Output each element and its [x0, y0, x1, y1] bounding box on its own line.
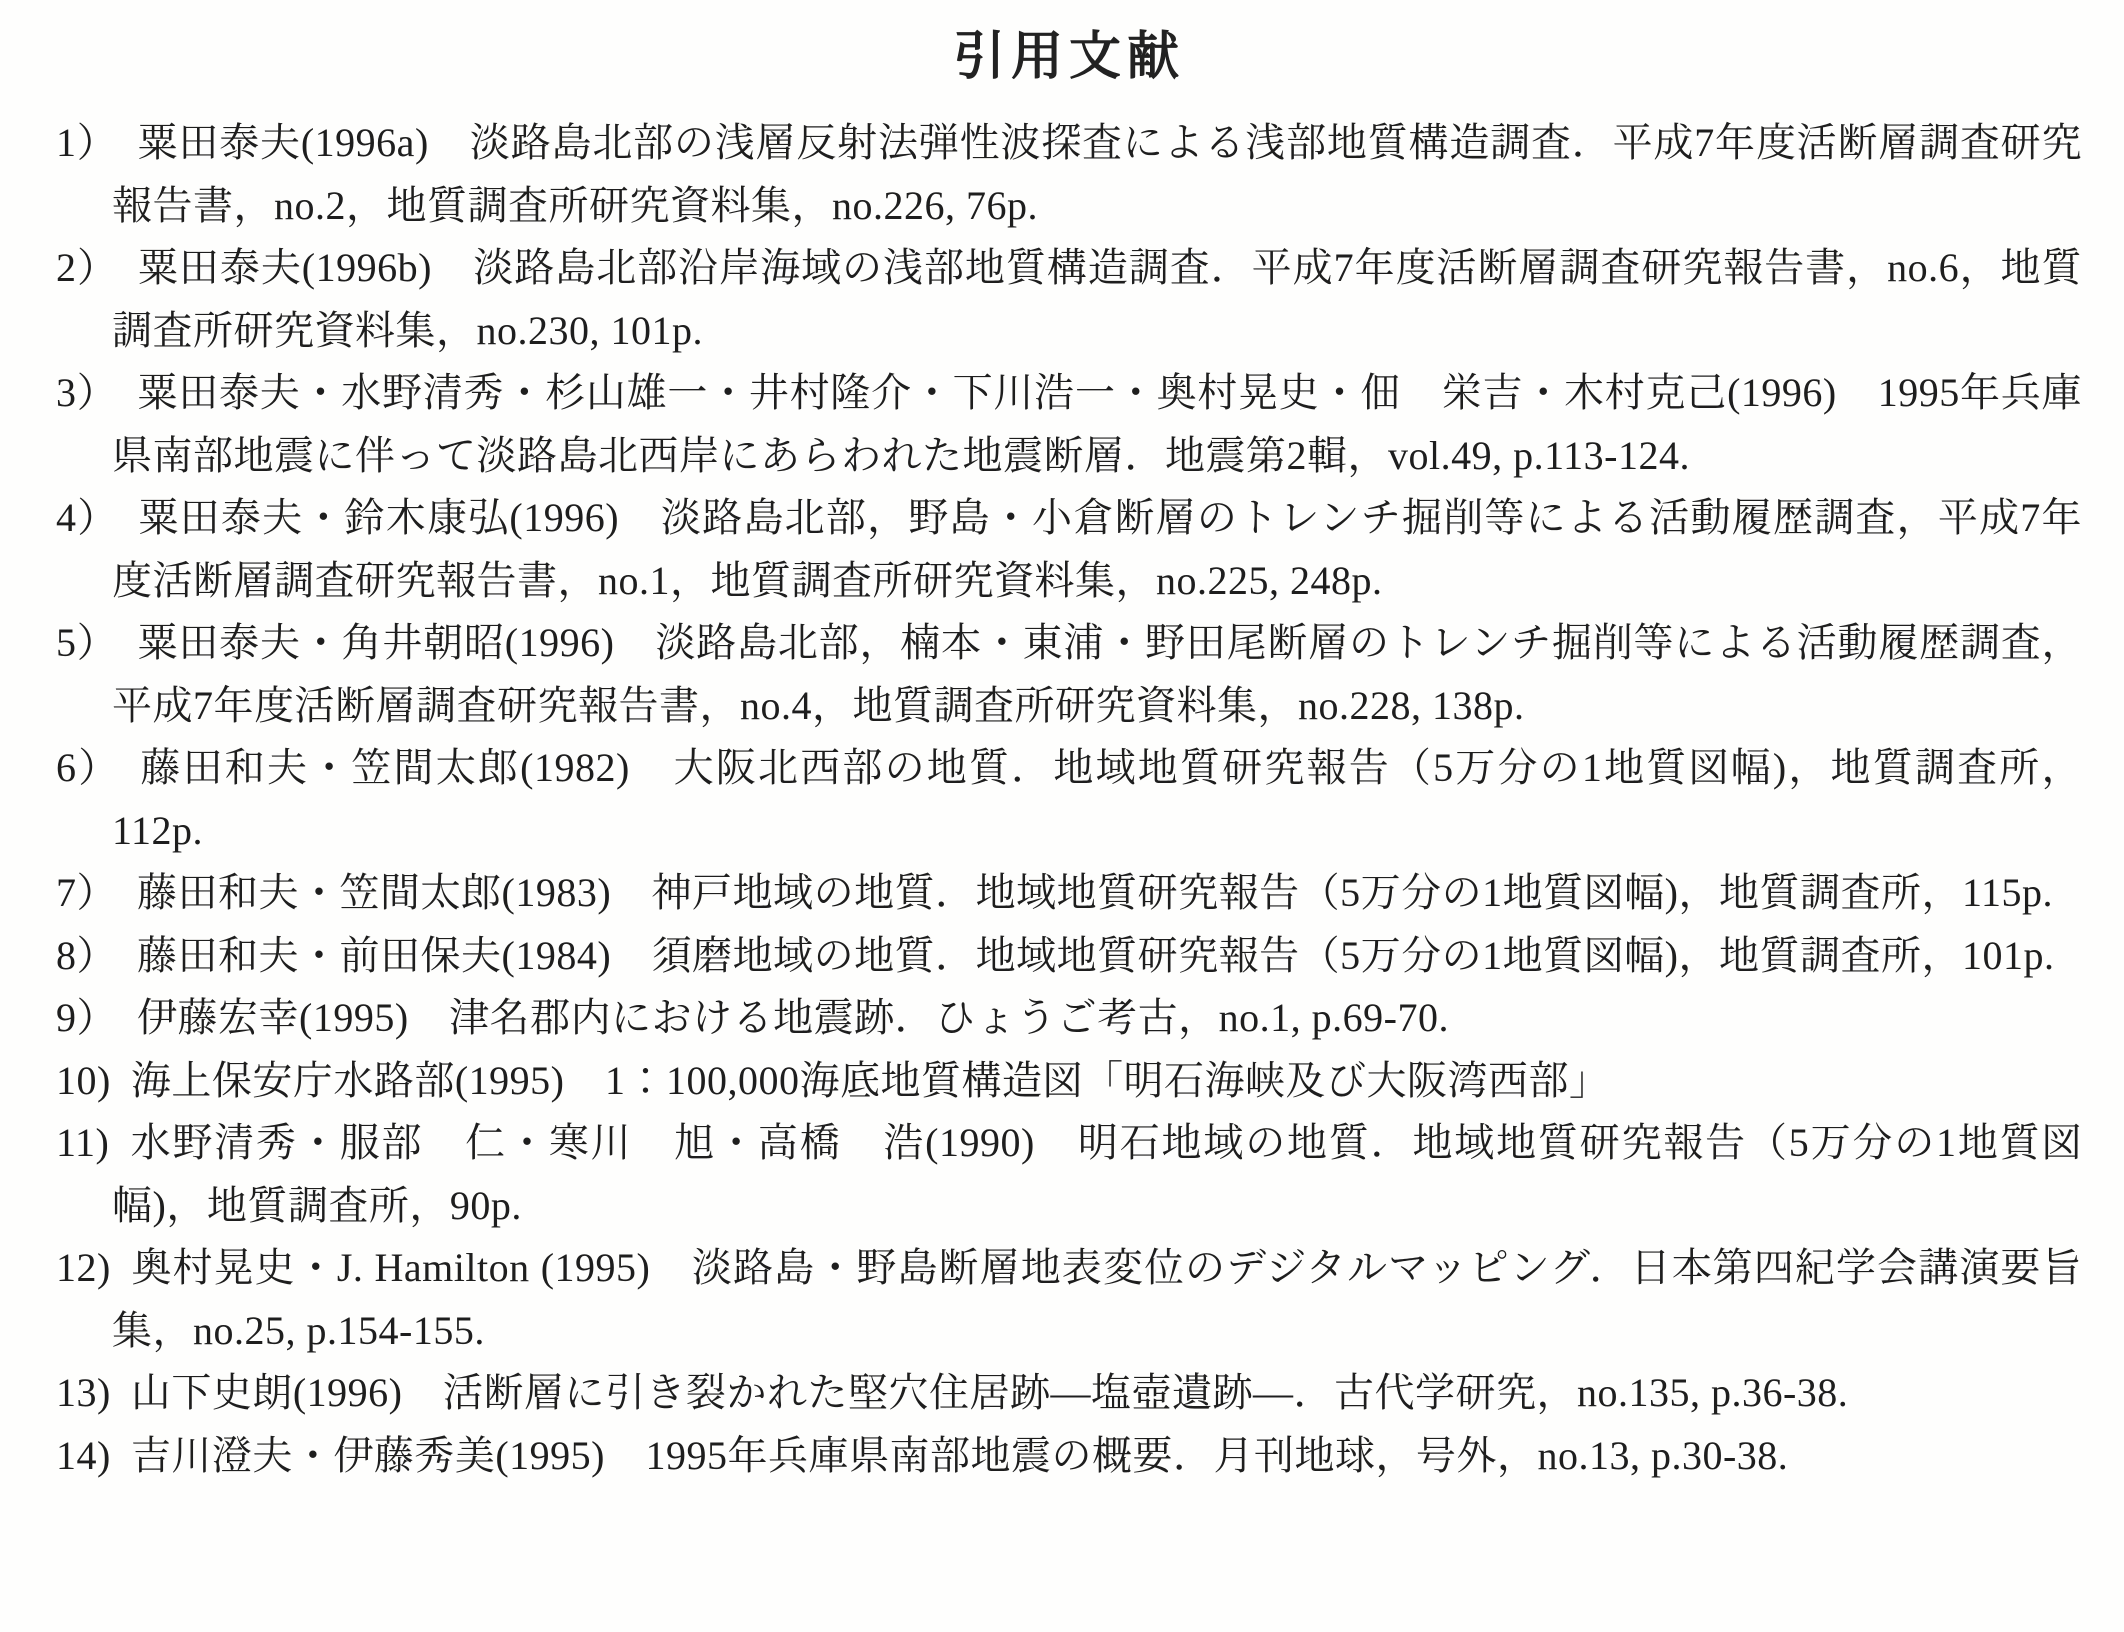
reference-text: 藤田和夫・笠間太郎(1983) 神戸地域の地質．地域地質研究報告（5万分の1地質…	[137, 870, 2053, 915]
reference-text: 伊藤宏幸(1995) 津名郡内における地震跡．ひょうご考古，no.1, p.69…	[137, 995, 1449, 1040]
reference-number: 8）	[56, 933, 117, 978]
reference-item: 3）粟田泰夫・水野清秀・杉山雄一・井村隆介・下川浩一・奥村晃史・佃 栄吉・木村克…	[56, 362, 2082, 487]
reference-number: 13)	[56, 1370, 111, 1415]
reference-number: 12)	[56, 1245, 111, 1290]
reference-list: 1）粟田泰夫(1996a) 淡路島北部の浅層反射法弾性波探査による浅部地質構造調…	[56, 112, 2082, 1487]
reference-item: 6）藤田和夫・笠間太郎(1982) 大阪北西部の地質．地域地質研究報告（5万分の…	[56, 737, 2082, 862]
reference-number: 11)	[56, 1120, 109, 1165]
page-title: 引用文献	[56, 26, 2082, 90]
reference-number: 2）	[56, 245, 118, 290]
reference-number: 3）	[56, 370, 118, 415]
reference-item: 13)山下史朗(1996) 活断層に引き裂かれた堅穴住居跡―塩壺遺跡―．古代学研…	[56, 1362, 2082, 1425]
reference-text: 水野清秀・服部 仁・寒川 旭・高橋 浩(1990) 明石地域の地質．地域地質研究…	[112, 1120, 2082, 1228]
reference-number: 6）	[56, 745, 120, 790]
reference-text: 粟田泰夫・水野清秀・杉山雄一・井村隆介・下川浩一・奥村晃史・佃 栄吉・木村克己(…	[112, 370, 2082, 478]
reference-item: 2）粟田泰夫(1996b) 淡路島北部沿岸海域の浅部地質構造調査．平成7年度活断…	[56, 237, 2082, 362]
reference-number: 4）	[56, 495, 118, 540]
reference-text: 山下史朗(1996) 活断層に引き裂かれた堅穴住居跡―塩壺遺跡―．古代学研究，n…	[131, 1370, 1848, 1415]
reference-number: 5）	[56, 620, 118, 665]
reference-text: 粟田泰夫(1996b) 淡路島北部沿岸海域の浅部地質構造調査．平成7年度活断層調…	[112, 245, 2082, 353]
reference-text: 吉川澄夫・伊藤秀美(1995) 1995年兵庫県南部地震の概要．月刊地球，号外，…	[131, 1433, 1788, 1478]
reference-item: 14)吉川澄夫・伊藤秀美(1995) 1995年兵庫県南部地震の概要．月刊地球，…	[56, 1425, 2082, 1488]
reference-item: 11)水野清秀・服部 仁・寒川 旭・高橋 浩(1990) 明石地域の地質．地域地…	[56, 1112, 2082, 1237]
reference-number: 1）	[56, 120, 118, 165]
reference-item: 8）藤田和夫・前田保夫(1984) 須磨地域の地質．地域地質研究報告（5万分の1…	[56, 925, 2082, 988]
reference-item: 9）伊藤宏幸(1995) 津名郡内における地震跡．ひょうご考古，no.1, p.…	[56, 987, 2082, 1050]
reference-item: 5）粟田泰夫・角井朝昭(1996) 淡路島北部，楠本・東浦・野田尾断層のトレンチ…	[56, 612, 2082, 737]
reference-number: 10)	[56, 1058, 111, 1103]
reference-text: 奥村晃史・J. Hamilton (1995) 淡路島・野島断層地表変位のデジタ…	[112, 1245, 2082, 1353]
reference-text: 粟田泰夫・鈴木康弘(1996) 淡路島北部，野島・小倉断層のトレンチ掘削等による…	[112, 495, 2082, 603]
reference-item: 4）粟田泰夫・鈴木康弘(1996) 淡路島北部，野島・小倉断層のトレンチ掘削等に…	[56, 487, 2082, 612]
reference-text: 海上保安庁水路部(1995) 1：100,000海底地質構造図「明石海峡及び大阪…	[131, 1058, 1610, 1103]
reference-text: 藤田和夫・笠間太郎(1982) 大阪北西部の地質．地域地質研究報告（5万分の1地…	[112, 745, 2082, 853]
reference-text: 藤田和夫・前田保夫(1984) 須磨地域の地質．地域地質研究報告（5万分の1地質…	[137, 933, 2054, 978]
scanned-paper-page: 引用文献 1）粟田泰夫(1996a) 淡路島北部の浅層反射法弾性波探査による浅部…	[0, 0, 2124, 1632]
reference-item: 12)奥村晃史・J. Hamilton (1995) 淡路島・野島断層地表変位の…	[56, 1237, 2082, 1362]
reference-number: 9）	[56, 995, 117, 1040]
reference-text: 粟田泰夫(1996a) 淡路島北部の浅層反射法弾性波探査による浅部地質構造調査．…	[112, 120, 2082, 228]
reference-item: 7）藤田和夫・笠間太郎(1983) 神戸地域の地質．地域地質研究報告（5万分の1…	[56, 862, 2082, 925]
reference-text: 粟田泰夫・角井朝昭(1996) 淡路島北部，楠本・東浦・野田尾断層のトレンチ掘削…	[112, 620, 2082, 728]
reference-item: 1）粟田泰夫(1996a) 淡路島北部の浅層反射法弾性波探査による浅部地質構造調…	[56, 112, 2082, 237]
reference-number: 7）	[56, 870, 117, 915]
reference-item: 10)海上保安庁水路部(1995) 1：100,000海底地質構造図「明石海峡及…	[56, 1050, 2082, 1113]
reference-number: 14)	[56, 1433, 111, 1478]
